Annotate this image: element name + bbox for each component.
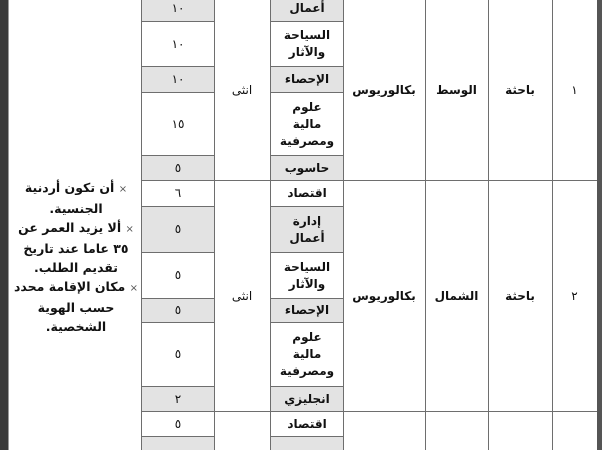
- major-name: علوم مالية ومصرفية: [271, 323, 343, 387]
- major-name: الإحصاء: [271, 67, 343, 93]
- major-count: ٢: [142, 387, 214, 411]
- condition-nationality: × أن تكون أردنية الجنسية.: [14, 178, 138, 218]
- major-name: اقتصاد: [271, 181, 343, 207]
- major-count-cut: [142, 437, 214, 450]
- page-right-border: [597, 0, 602, 450]
- row-number: ٢: [552, 181, 597, 411]
- major-count: ٥: [142, 156, 214, 180]
- major-name: اقتصاد: [271, 412, 343, 437]
- page-left-border: [0, 0, 8, 450]
- condition-residence: × مكان الإقامة محدد حسب الهوية الشخصية.: [14, 277, 138, 336]
- degree: بكالوريوس: [343, 181, 425, 411]
- degree: بكالوريوس: [343, 0, 425, 180]
- bullet-x-icon: ×: [119, 184, 127, 195]
- major-name: حاسوب: [271, 156, 343, 180]
- conditions-notes: × أن تكون أردنية الجنسية. × ألا يزيد الع…: [14, 178, 138, 336]
- job-title: باحثة: [488, 181, 552, 411]
- major-count: ٥: [142, 323, 214, 387]
- bullet-x-icon: ×: [125, 224, 133, 235]
- major-count: ١٠: [142, 0, 214, 22]
- major-count: ١٠: [142, 67, 214, 93]
- major-count: ١٥: [142, 93, 214, 156]
- major-name: انجليزي: [271, 387, 343, 411]
- major-name: علوم مالية ومصرفية: [271, 93, 343, 156]
- condition-age: × ألا يزيد العمر عن ٣٥ عاما عند تاريخ تق…: [14, 218, 138, 277]
- major-count: ٥: [142, 412, 214, 437]
- major-name: السياحة والآثار: [271, 253, 343, 299]
- bullet-x-icon: ×: [130, 283, 138, 294]
- major-name-cut: [271, 437, 343, 450]
- gender: انثى: [214, 0, 270, 180]
- region: الشمال: [425, 181, 488, 411]
- gender: انثى: [214, 181, 270, 411]
- major-count: ١٠: [142, 22, 214, 67]
- major-name: السياحة والآثار: [271, 22, 343, 67]
- major-count: ٥: [142, 207, 214, 253]
- region: الوسط: [425, 0, 488, 180]
- major-count: ٦: [142, 181, 214, 207]
- major-name: أعمال: [271, 0, 343, 22]
- row-number: ١: [552, 0, 597, 180]
- page-left-edge: [8, 0, 9, 450]
- major-name: الإحصاء: [271, 299, 343, 323]
- major-count: ٥: [142, 299, 214, 323]
- job-title: باحثة: [488, 0, 552, 180]
- major-name: إدارة أعمال: [271, 207, 343, 253]
- major-count: ٥: [142, 253, 214, 299]
